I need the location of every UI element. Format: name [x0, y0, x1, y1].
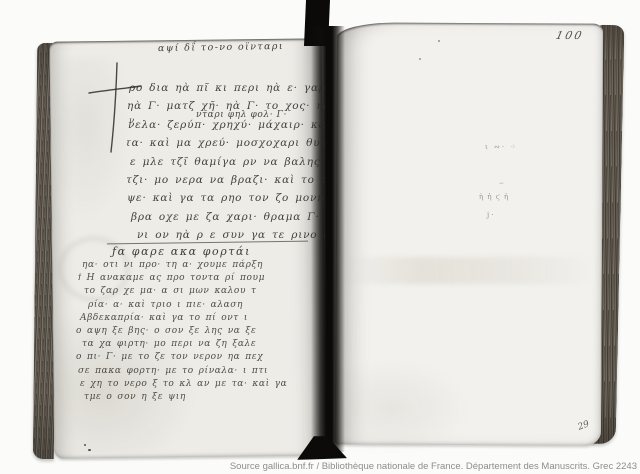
faint-ink-mark: ι ∾· ⁘ — [485, 143, 518, 151]
faint-ink-mark: ὴ ἡ ϛ ἡ — [479, 193, 509, 201]
source-attribution: Source gallica.bnf.fr / Bibliothèque nat… — [230, 461, 637, 472]
faint-ink-mark: ∽ — [499, 180, 504, 187]
manuscript-photo: αψί δΐ το-νο οϊνταρι ρο δια ηὰ πῖ κι περ… — [0, 0, 640, 474]
handwriting-layer: αψί δΐ το-νο οϊνταρι ρο δια ηὰ πῖ κι περ… — [0, 0, 640, 474]
faint-ink-marks: ι ∾· ⁘∽ὴ ἡ ϛ ἡϳ · — [0, 0, 640, 474]
faint-ink-mark: ϳ · — [487, 211, 494, 219]
